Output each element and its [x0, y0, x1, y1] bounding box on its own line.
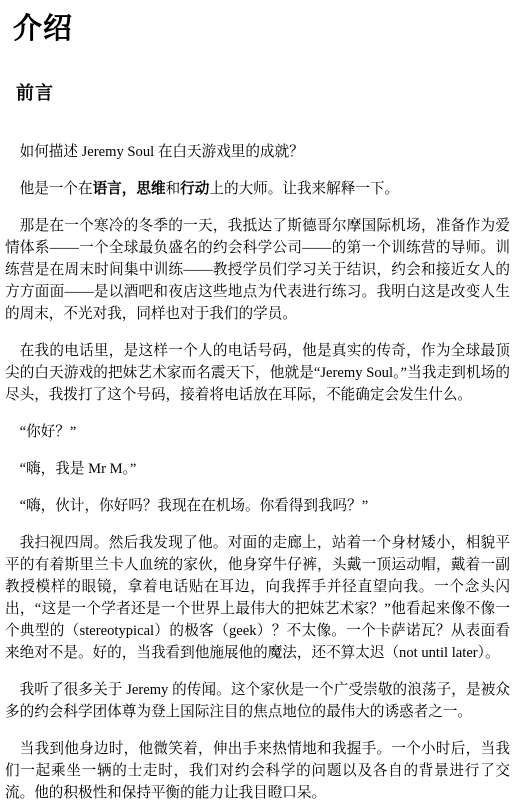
text-run: 我扫视四周。然后我发现了他。对面的走廊上，站着一个身材矮小，相貌平平的有着斯里兰…: [5, 535, 510, 661]
paragraph: 在我的电话里，是这样一个人的电话号码，他是真实的传奇，作为全球最顶尖的白天游戏的…: [5, 340, 510, 406]
text-run: “嗨，伙计，你好吗？我现在在机场。你看得到我吗？”: [20, 498, 369, 514]
text-run: 如何描述 Jeremy Soul 在白天游戏里的成就？: [20, 144, 304, 160]
text-run: “嗨，我是 Mr M。”: [20, 461, 137, 477]
page-title: 介绍: [13, 12, 510, 47]
text-run: 他是一个在: [20, 181, 93, 197]
body-text: 如何描述 Jeremy Soul 在白天游戏里的成就？他是一个在语言，思维和行动…: [5, 141, 510, 804]
paragraph: “嗨，伙计，你好吗？我现在在机场。你看得到我吗？”: [5, 495, 510, 517]
paragraph: 当我到他身边时，他微笑着，伸出手来热情地和我握手。一个小时后，当我们一起乘坐一辆…: [5, 738, 510, 804]
section-heading: 前言: [16, 79, 510, 105]
paragraph: 我听了很多关于 Jeremy 的传闻。这个家伙是一个广受崇敬的浪荡子，是被众多的…: [5, 679, 510, 723]
paragraph: “你好？”: [5, 421, 510, 443]
bold-text-run: 行动: [180, 181, 209, 197]
document-page: 介绍 前言 如何描述 Jeremy Soul 在白天游戏里的成就？他是一个在语言…: [0, 0, 517, 805]
text-run: 我听了很多关于 Jeremy 的传闻。这个家伙是一个广受崇敬的浪荡子，是被众多的…: [5, 682, 510, 720]
paragraph: 我扫视四周。然后我发现了他。对面的走廊上，站着一个身材矮小，相貌平平的有着斯里兰…: [5, 532, 510, 664]
text-run: 上的大师。让我来解释一下。: [209, 181, 399, 197]
bold-text-run: 语言，思维: [93, 181, 166, 197]
paragraph: 那是在一个寒冷的冬季的一天，我抵达了斯德哥尔摩国际机场，准备作为爱情体系——一个…: [5, 215, 510, 325]
text-run: 和: [166, 181, 181, 197]
text-run: “你好？”: [20, 424, 77, 440]
text-run: 那是在一个寒冷的冬季的一天，我抵达了斯德哥尔摩国际机场，准备作为爱情体系——一个…: [5, 218, 510, 322]
paragraph: 他是一个在语言，思维和行动上的大师。让我来解释一下。: [5, 178, 510, 200]
paragraph: “嗨，我是 Mr M。”: [5, 458, 510, 480]
text-run: 在我的电话里，是这样一个人的电话号码，他是真实的传奇，作为全球最顶尖的白天游戏的…: [5, 343, 510, 403]
text-run: 当我到他身边时，他微笑着，伸出手来热情地和我握手。一个小时后，当我们一起乘坐一辆…: [5, 741, 510, 801]
paragraph: 如何描述 Jeremy Soul 在白天游戏里的成就？: [5, 141, 510, 163]
